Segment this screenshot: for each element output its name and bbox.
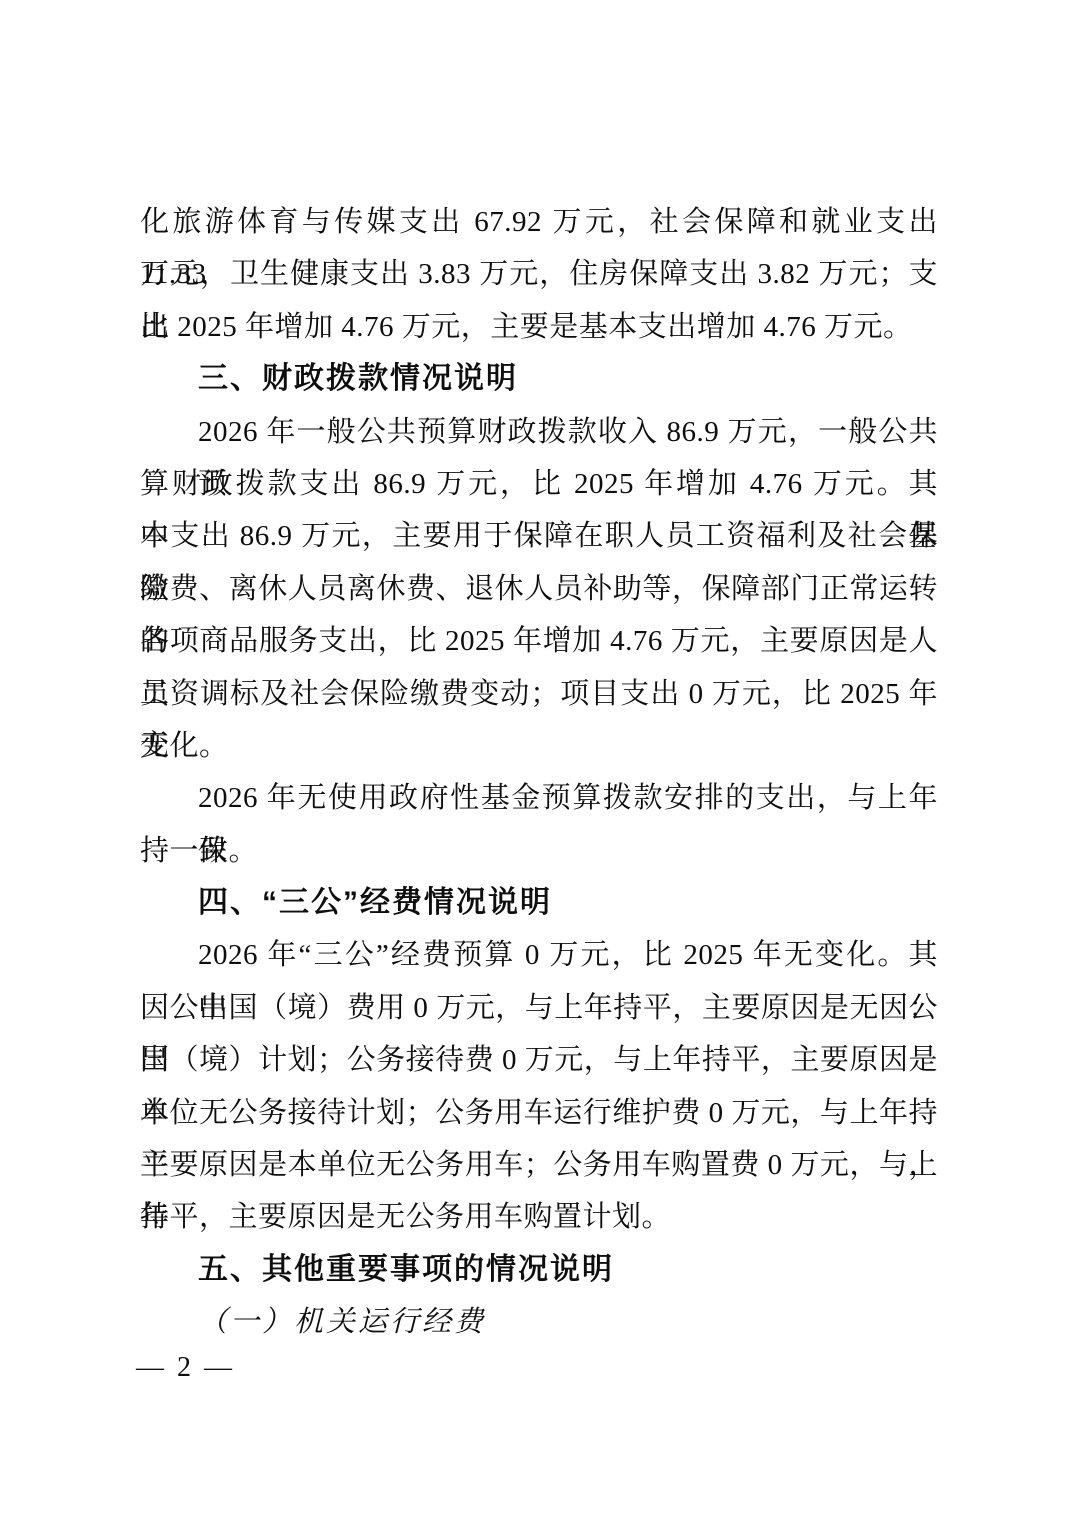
text-line: 2026 年一般公共预算财政拨款收入 86.9 万元，一般公共预 <box>140 406 938 458</box>
section-heading: 五、其他重要事项的情况说明 <box>140 1244 938 1296</box>
text-line: 单位无公务接待计划；公务用车运行维护费 0 万元，与上年持平， <box>140 1087 938 1139</box>
text-line: 万元，卫生健康支出 3.83 万元，住房保障支出 3.82 万元；支出 <box>140 248 938 300</box>
text-line: 工资调标及社会保险缴费变动；项目支出 0 万元，比 2025 年无 <box>140 668 938 720</box>
text-line: 本支出 86.9 万元，主要用于保障在职人员工资福利及社会保险 <box>140 510 938 562</box>
text-line: 各项商品服务支出，比 2025 年增加 4.76 万元，主要原因是人员 <box>140 615 938 667</box>
document-page: 化旅游体育与传媒支出 67.92 万元，社会保障和就业支出 11.33万元，卫生… <box>0 0 1074 1520</box>
text-line: 化旅游体育与传媒支出 67.92 万元，社会保障和就业支出 11.33 <box>140 196 938 248</box>
section-heading: 四、“三公”经费情况说明 <box>140 877 938 929</box>
text-line: 持平，主要原因是无公务用车购置计划。 <box>140 1191 938 1243</box>
text-line: 变化。 <box>140 720 938 772</box>
subsection-heading: （一）机关运行经费 <box>140 1296 938 1348</box>
text-line: 缴费、离休人员离休费、退休人员补助等，保障部门正常运转的 <box>140 563 938 615</box>
page-number: — 2 — <box>136 1352 235 1384</box>
text-line: 2026 年无使用政府性基金预算拨款安排的支出，与上年保 <box>140 772 938 824</box>
document-content: 化旅游体育与传媒支出 67.92 万元，社会保障和就业支出 11.33万元，卫生… <box>140 196 938 1349</box>
text-line: 国（境）计划；公务接待费 0 万元，与上年持平，主要原因是本 <box>140 1034 938 1086</box>
text-line: 因公出国（境）费用 0 万元，与上年持平，主要原因是无因公出 <box>140 982 938 1034</box>
text-line: 2026 年“三公”经费预算 0 万元，比 2025 年无变化。其中： <box>140 929 938 981</box>
section-heading: 三、财政拨款情况说明 <box>140 353 938 405</box>
text-line: 比 2025 年增加 4.76 万元，主要是基本支出增加 4.76 万元。 <box>140 301 938 353</box>
text-line: 持一致。 <box>140 825 938 877</box>
text-line: 主要原因是本单位无公务用车；公务用车购置费 0 万元，与上年 <box>140 1139 938 1191</box>
text-line: 算财政拨款支出 86.9 万元，比 2025 年增加 4.76 万元。其中：基 <box>140 458 938 510</box>
